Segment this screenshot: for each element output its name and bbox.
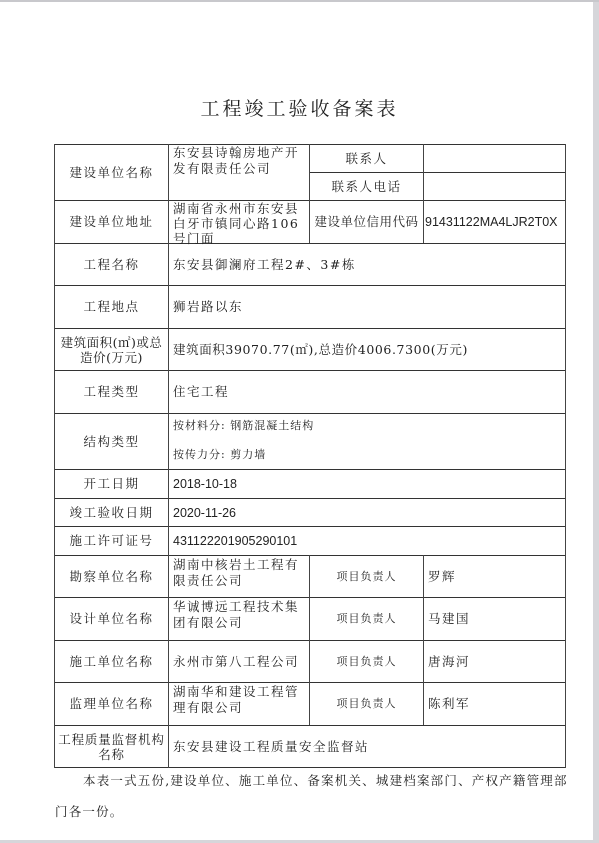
structure-type-label: 结构类型 <box>55 414 168 469</box>
quality-agency-label: 工程质量监督机构名称 <box>55 726 168 767</box>
design-lead-label: 项目负责人 <box>310 598 423 640</box>
document-title: 工程竣工验收备案表 <box>0 94 599 121</box>
construction-unit-value: 永州市第八工程公司 <box>169 641 309 682</box>
area-cost-label: 建筑面积(㎡)或总造价(万元) <box>55 329 168 370</box>
footnote: 本表一式五份,建设单位、施工单位、备案机关、城建档案部门、产权产籍管理部门各一份… <box>55 765 570 827</box>
document-page: 工程竣工验收备案表 建设单位名称 东安县诗翰房地产开发有限责任公司 联系人 联系… <box>0 2 593 840</box>
project-type-value: 住宅工程 <box>169 371 565 413</box>
supervision-lead-label: 项目负责人 <box>310 683 423 725</box>
design-unit-label: 设计单位名称 <box>55 598 168 640</box>
credit-code-label: 建设单位信用代码 <box>310 201 423 243</box>
builder-address-value: 湖南省永州市东安县白牙市镇同心路106号门面 <box>169 200 304 248</box>
project-name-label: 工程名称 <box>55 244 168 285</box>
design-unit-value: 华诚博远工程技术集团有限公司 <box>169 598 304 640</box>
permit-no-label: 施工许可证号 <box>55 527 168 555</box>
quality-agency-value: 东安县建设工程质量安全监督站 <box>169 726 565 767</box>
construction-unit-label: 施工单位名称 <box>55 641 168 682</box>
completion-date-label: 竣工验收日期 <box>55 499 168 526</box>
builder-address-label: 建设单位地址 <box>55 201 168 243</box>
supervision-unit-label: 监理单位名称 <box>55 683 168 725</box>
builder-name-label: 建设单位名称 <box>55 145 168 200</box>
supervision-unit-value: 湖南华和建设工程管理有限公司 <box>169 683 304 725</box>
survey-unit-label: 勘察单位名称 <box>55 556 168 597</box>
table-border-right <box>565 144 566 768</box>
builder-name-value: 东安县诗翰房地产开发有限责任公司 <box>169 144 304 200</box>
contact-phone-label: 联系人电话 <box>310 173 423 200</box>
contact-phone-value <box>424 173 565 200</box>
survey-lead-label: 项目负责人 <box>310 556 423 597</box>
construction-lead-value: 唐海河 <box>424 641 565 682</box>
supervision-lead-value: 陈利军 <box>424 683 565 725</box>
project-location-value: 狮岩路以东 <box>169 286 565 328</box>
permit-no-value: 431122201905290101 <box>169 527 565 555</box>
completion-date-value: 2020-11-26 <box>169 499 565 526</box>
survey-lead-value: 罗辉 <box>424 556 565 597</box>
start-date-value: 2018-10-18 <box>169 470 565 498</box>
start-date-label: 开工日期 <box>55 470 168 498</box>
survey-unit-value: 湖南中核岩土工程有限责任公司 <box>169 556 304 597</box>
contact-label: 联系人 <box>310 145 423 172</box>
project-location-label: 工程地点 <box>55 286 168 328</box>
construction-lead-label: 项目负责人 <box>310 641 423 682</box>
credit-code-value: 91431122MA4LJR2T0X <box>424 201 565 243</box>
contact-value <box>424 145 565 172</box>
project-name-value: 东安县御澜府工程2#、3#栋 <box>169 244 565 285</box>
area-cost-value: 建筑面积39070.77(㎡),总造价4006.7300(万元) <box>169 329 565 370</box>
structure-material-value: 按材料分: 钢筋混凝土结构 <box>169 418 565 434</box>
design-lead-value: 马建国 <box>424 598 565 640</box>
structure-load-value: 按传力分: 剪力墙 <box>169 447 565 463</box>
project-type-label: 工程类型 <box>55 371 168 413</box>
